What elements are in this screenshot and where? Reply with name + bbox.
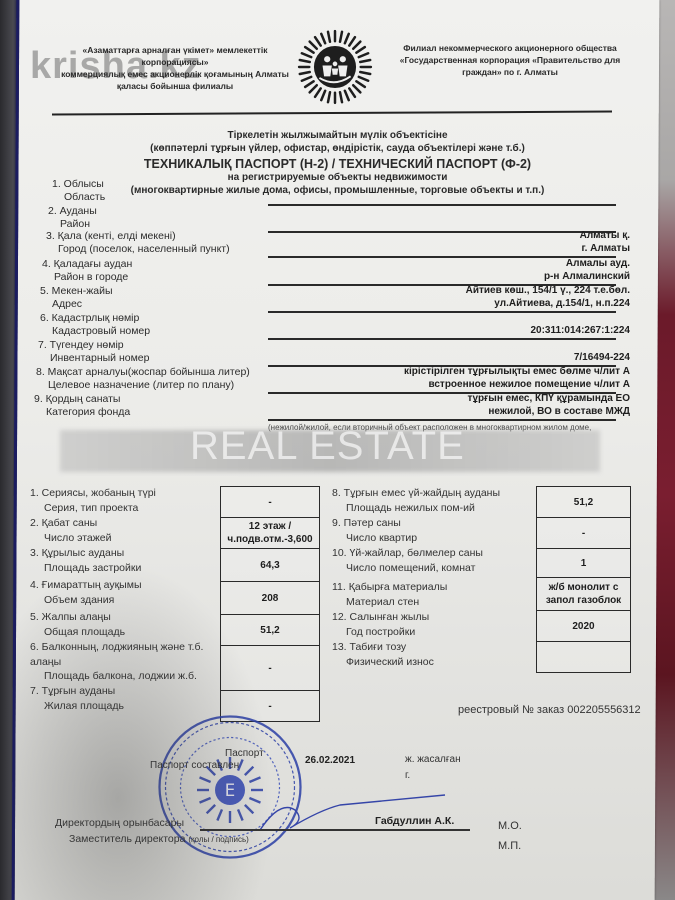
parameter-label: 8. Тұрғын емес үй-жайдың ауданыПлощадь н… [332,486,500,515]
parameter-label-ru: Площадь застройки [30,561,141,576]
field-underline [268,419,616,421]
issue-date: 26.02.2021 [305,755,355,766]
header-right-line: граждан» по г. Алматы [385,66,635,78]
signature-hint: (қолы / подпись) [188,835,248,844]
field-label-ru: Адрес [40,298,113,311]
field-label-kz: 5. Мекен-жайы [40,285,113,298]
field-label-kz: 7. Түгендеу нөмір [38,339,149,352]
parameter-value: - [221,646,319,691]
header-left-line: коммерциялық емес акционерлік қоғамының … [50,68,300,80]
parameter-label-ru: Площадь нежилых пом-ий [332,501,500,516]
parameter-value: 208 [221,582,319,615]
parameter-label-kz: 8. Тұрғын емес үй-жайдың ауданы [332,486,500,501]
title-kz-line2: (көппәтерлі тұрғын үйлер, офистар, өндір… [0,143,675,154]
parameter-label-ru: Жилая площадь [30,699,124,714]
parameter-label-ru: Серия, тип проекта [30,501,156,516]
passport-label-ru: Паспорт составлен [150,760,239,771]
parameter-label: 3. Құрылыс ауданыПлощадь застройки [30,546,141,575]
field-label: 1. ОблысыОбласть [52,178,105,204]
registry-number: реестровый № заказ 002205556312 [458,704,641,716]
parameter-label-kz: 5. Жалпы алаңы [30,610,125,625]
field-value-kz: Айтиев көш., 154/1 ү., 224 т.е.бөл. [466,285,630,296]
made-label: ж. жасалған г. [405,752,461,784]
header-left-org: «Азаматтарға арналған үкімет» мемлекетті… [50,44,300,92]
field-label: 8. Мақсат арналуы(жоспар бойынша литер)Ц… [36,366,250,392]
parameters-left-values: -12 этаж / ч.подв.отм.-3,60064,320851,2-… [220,486,320,722]
parameter-label: 6. Балконның, лоджияның және т.б. алаңыП… [30,640,215,684]
parameter-label: 7. Тұрғын ауданыЖилая площадь [30,684,124,713]
parameter-label: 2. Қабат саныЧисло этажей [30,516,112,545]
field-underline [268,256,616,258]
seal-place: М.О. М.П. [498,816,522,856]
deputy-ru-text: Заместитель директора [69,833,185,845]
parameter-label-kz: 1. Сериясы, жобаның түрі [30,486,156,501]
parameter-label-ru: Физический износ [332,655,434,670]
header-right-org: Филиал некоммерческого акционерного обще… [385,42,635,78]
parameter-value: - [221,487,319,518]
passport-label-kz: Паспорт [225,748,264,759]
field-value-kz: Алматы қ. [580,230,630,241]
parameter-value: 51,2 [537,487,630,518]
parameter-label-ru: Материал стен [332,595,447,610]
field-label-ru: Инвентарный номер [38,352,149,365]
field-value-kz: кірістірілген тұрғылықты емес бөлме ч/ли… [404,366,630,377]
field-underline [268,338,616,340]
field-label: 4. Қаладағы ауданРайон в городе [42,258,132,284]
parameter-label-kz: 7. Тұрғын ауданы [30,684,124,699]
parameter-label-kz: 10. Үй-жайлар, бөлмелер саны [332,546,483,561]
field-value-kz: тұрғын емес, КПҮ құрамында ЕО [468,393,630,404]
parameter-label: 4. Ғимараттың ауқымыОбъем здания [30,578,142,607]
parameter-label-kz: 12. Салынған жылы [332,610,429,625]
parameter-label-ru: Число помещений, комнат [332,561,483,576]
header-left-line: «Азаматтарға арналған үкімет» мемлекетті… [50,44,300,68]
seal-ru: М.П. [498,836,522,856]
field-label-ru: Область [52,191,105,204]
field-label-ru: Кадастровый номер [40,325,150,338]
parameters-right-values: 51,2-1ж/б монолит с запол газоблок2020 [536,486,631,673]
parameter-label: 5. Жалпы алаңыОбщая площадь [30,610,125,639]
parameter-label-kz: 6. Балконның, лоджияның және т.б. алаңы [30,640,215,669]
field-value-ru: ул.Айтиева, д.154/1, н.п.224 [494,298,630,309]
parameter-label-kz: 4. Ғимараттың ауқымы [30,578,142,593]
field-label: 3. Қала (кенті, елді мекені)Город (посел… [46,230,230,256]
parameter-label-ru: Число квартир [332,531,417,546]
field-value-kz: Алмалы ауд. [566,258,630,269]
made-label-kz: ж. жасалған [405,752,461,768]
parameter-label-kz: 3. Құрылыс ауданы [30,546,141,561]
field-label-ru: Категория фонда [34,406,130,419]
field-value-ru: 20:311:014:267:1:224 [530,325,630,336]
field-label: 7. Түгендеу нөмірИнвентарный номер [38,339,149,365]
field-underline [268,231,616,233]
field-underline [268,204,616,206]
page-title: ТЕХНИКАЛЫҚ ПАСПОРТ (Н-2) / ТЕХНИЧЕСКИЙ П… [0,157,675,171]
field-value-ru: нежилой, ВО в составе МЖД [488,406,630,417]
signer-name: Габдуллин А.К. [375,815,454,827]
parameter-label-kz: 9. Пәтер саны [332,516,417,531]
field-label-ru: Целевое назначение (литер по плану) [36,379,250,392]
header-right-line: «Государственная корпорация «Правительст… [385,54,635,66]
field-label: 2. АуданыРайон [48,205,97,231]
parameter-label: 13. Табиғи тозуФизический износ [332,640,434,669]
parameter-label-ru: Общая площадь [30,625,125,640]
parameter-label: 11. Қабырға материалыМатериал стен [332,580,447,609]
svg-text:E: E [225,781,235,800]
parameter-value: 1 [537,549,630,578]
field-label-ru: Город (поселок, населенный пункт) [46,243,230,256]
parameter-value: ж/б монолит с запол газоблок [537,578,630,611]
parameter-value: - [537,518,630,549]
parameter-label-kz: 2. Қабат саны [30,516,112,531]
parameter-value [537,642,630,672]
deputy-director-label: Директордың орынбасары Заместитель дирек… [55,815,249,848]
field-label-kz: 4. Қаладағы аудан [42,258,132,271]
parameter-label: 9. Пәтер саныЧисло квартир [332,516,417,545]
field-value-ru: 7/16494-224 [574,352,630,363]
title-kz-line1: Тіркелетін жылжымайтын мүлік объектісіне [0,130,675,141]
parameter-label-ru: Число этажей [30,531,112,546]
field-label-kz: 3. Қала (кенті, елді мекені) [46,230,230,243]
real-estate-watermark: REAL ESTATE [190,424,465,469]
parameter-value: 12 этаж / ч.подв.отм.-3,600 [221,518,319,549]
header-right-line: Филиал некоммерческого акционерного обще… [385,42,635,54]
field-label-kz: 2. Ауданы [48,205,97,218]
parameter-label-ru: Объем здания [30,593,142,608]
signature-line [200,829,470,831]
seal-kz: М.О. [498,816,522,836]
field-label: 9. Қордың санатыКатегория фонда [34,393,130,419]
parameter-label-ru: Год постройки [332,625,429,640]
parameter-label: 10. Үй-жайлар, бөлмелер саныЧисло помеще… [332,546,483,575]
made-label-ru: г. [405,768,461,784]
parameter-label-kz: 11. Қабырға материалы [332,580,447,595]
field-label: 6. Кадастрлық нөмірКадастровый номер [40,312,150,338]
parameter-label: 12. Салынған жылыГод постройки [332,610,429,639]
field-label-kz: 6. Кадастрлық нөмір [40,312,150,325]
parameter-value: 51,2 [221,615,319,646]
parameter-value: 64,3 [221,549,319,582]
family-sun-emblem-icon [296,28,374,106]
field-underline [268,311,616,313]
parameter-label-kz: 13. Табиғи тозу [332,640,434,655]
field-label-ru: Район в городе [42,271,132,284]
field-label-kz: 8. Мақсат арналуы(жоспар бойынша литер) [36,366,250,379]
field-label-kz: 1. Облысы [52,178,105,191]
field-value-ru: г. Алматы [581,243,630,254]
field-value-ru: встроенное нежилое помещение ч/лит А [428,379,630,390]
header-left-line: қаласы бойынша филиалы [50,80,300,92]
parameter-value: 2020 [537,611,630,642]
parameter-label-ru: Площадь балкона, лоджии ж.б. [30,669,215,684]
parameter-label: 1. Сериясы, жобаның түріСерия, тип проек… [30,486,156,515]
field-label: 5. Мекен-жайыАдрес [40,285,113,311]
deputy-label-ru: Заместитель директора (қолы / подпись) [55,831,249,848]
field-label-kz: 9. Қордың санаты [34,393,130,406]
field-value-ru: р-н Алмалинский [544,271,630,282]
